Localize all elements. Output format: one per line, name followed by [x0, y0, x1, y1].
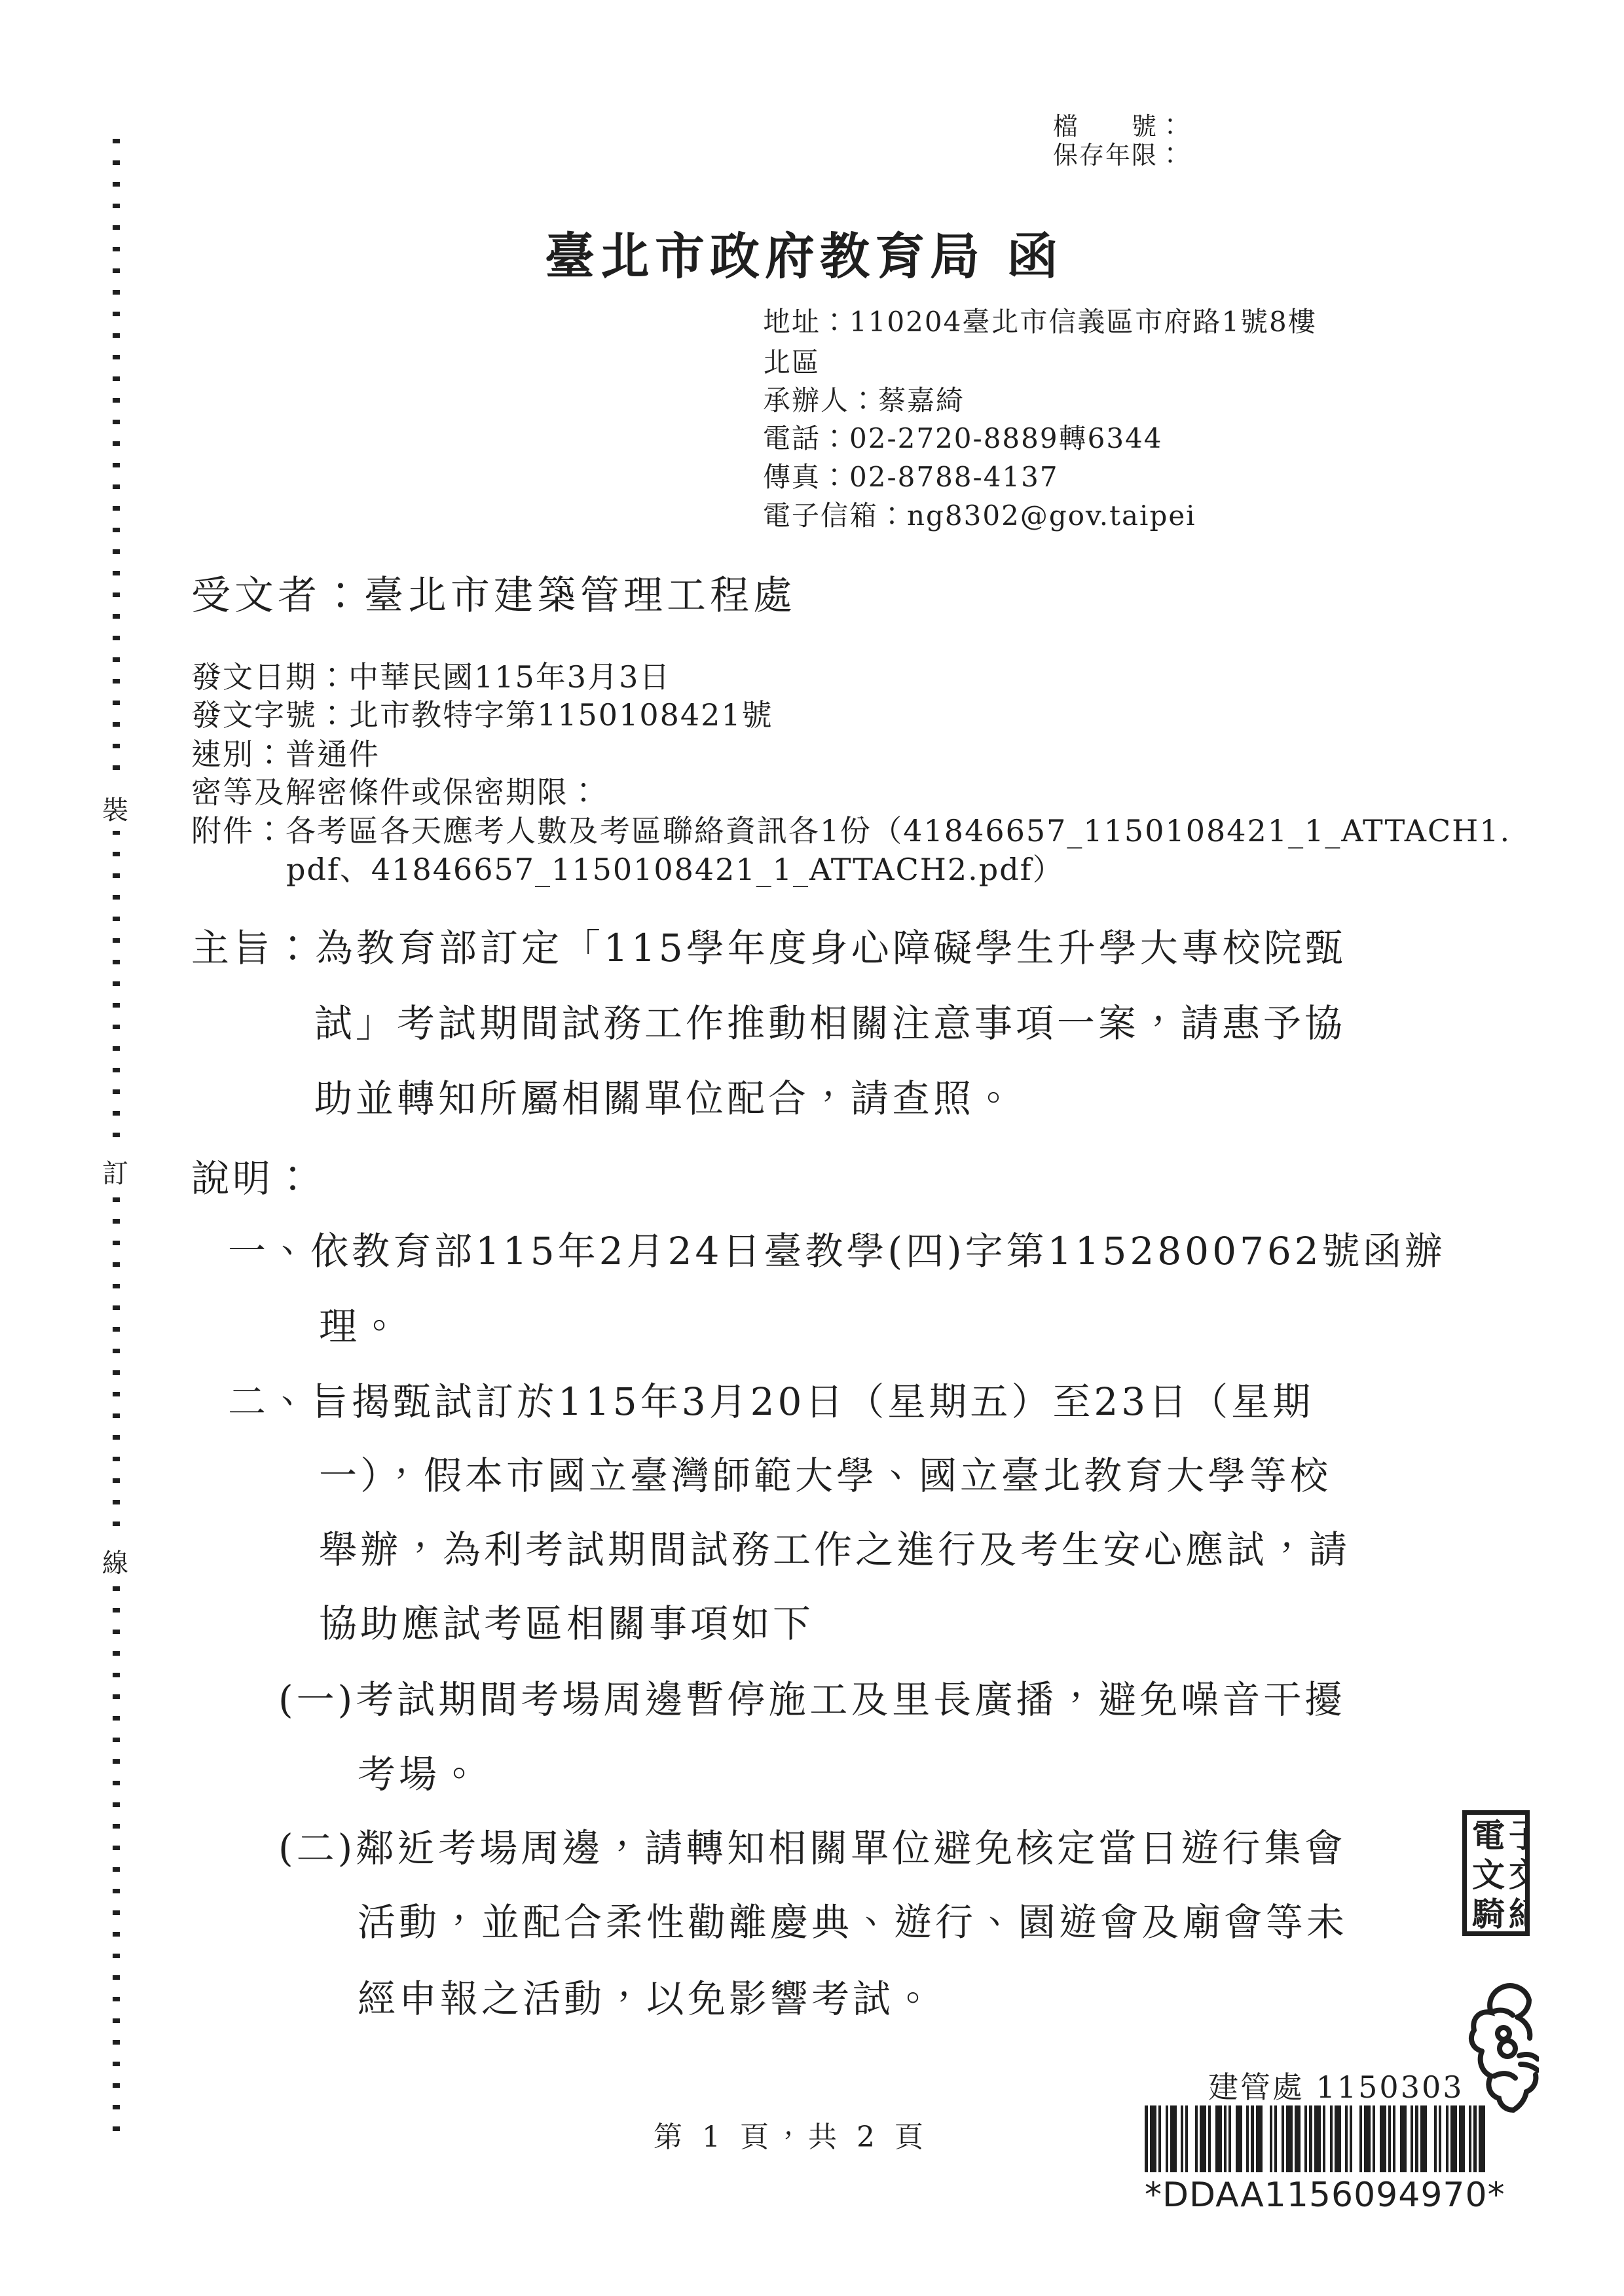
explanation-item1-line2: 理。	[319, 1305, 401, 1349]
subject-line3: 助並轉知所屬相關單位配合，請查照。	[314, 1077, 1016, 1121]
barcode-text: *DDAA1156094970*	[1145, 2176, 1488, 2215]
explanation-sub1-line1: (一)考試期間考場周邊暫停施工及里長廣播，避免噪音干擾	[278, 1678, 1346, 1722]
barcode	[1145, 2105, 1488, 2172]
explanation-sub2-line2: 活動，並配合柔性勸離慶典、遊行、園遊會及廟會等未	[358, 1901, 1348, 1944]
flower-seam-seal	[1466, 1981, 1539, 2113]
document-page: 裝 訂 線 檔 號： 保存年限： 臺北市政府教育局 函 地址：110204臺北市…	[0, 0, 1624, 2296]
meta-security: 密等及解密條件或保密期限：	[191, 775, 600, 810]
sender-email: 電子信箱：ng8302@gov.taipei	[763, 500, 1196, 532]
recipient-line: 受文者：臺北市建築管理工程處	[191, 574, 796, 619]
subject-line1: 主旨：為教育部訂定「115學年度身心障礙學生升學大專校院甄	[191, 926, 1346, 970]
explanation-label: 說明：	[191, 1157, 315, 1201]
sender-address-line2: 北區	[763, 347, 821, 378]
meta-speed: 速別：普通件	[191, 737, 380, 772]
meta-attachment-line1: 附件：各考區各天應考人數及考區聯絡資訊各1份（41846657_11501084…	[191, 814, 1511, 848]
meta-attachment-line2: pdf、41846657_1150108421_1_ATTACH2.pdf）	[286, 852, 1064, 887]
subject-line2: 試」考試期間試務工作推動相關注意事項一案，請惠予協	[314, 1002, 1346, 1046]
retention-label: 保存年限：	[1053, 141, 1184, 170]
explanation-item2-line4: 協助應試考區相關事項如下	[319, 1602, 814, 1646]
binding-mark-xian: 線	[100, 1539, 131, 1584]
sender-contact-person: 承辦人：蔡嘉綺	[763, 385, 965, 416]
explanation-sub2-line3: 經申報之活動，以免影響考試。	[358, 1977, 935, 2021]
explanation-item2-line3: 舉辦，為利考試期間試務工作之進行及考生安心應試，請	[319, 1528, 1350, 1572]
receipt-stamp-text: 建管處 1150303	[1208, 2070, 1464, 2105]
explanation-sub1-line2: 考場。	[358, 1753, 481, 1796]
seal-column-right: 子交紀	[1507, 1816, 1530, 1934]
binding-dotted-line	[113, 139, 120, 2133]
page-title: 臺北市政府教育局 函	[545, 228, 1062, 285]
page-number-footer: 第 1 頁，共 2 頁	[654, 2121, 929, 2155]
explanation-sub2-line1: (二)鄰近考場周邊，請轉知相關單位避免核定當日遊行集會	[278, 1827, 1346, 1870]
binding-mark-zhuang: 裝	[100, 786, 131, 831]
sender-fax: 傳真：02-8788-4137	[763, 462, 1059, 493]
explanation-item2-line2: 一），假本市國立臺灣師範大學、國立臺北教育大學等校	[319, 1454, 1331, 1498]
electronic-exchange-seam-seal: 電文騎 子交紀	[1462, 1810, 1530, 1936]
sender-address-line1: 地址：110204臺北市信義區市府路1號8樓	[763, 306, 1317, 338]
seal-column-left: 電文騎	[1471, 1816, 1506, 1934]
file-no-label: 檔 號：	[1053, 113, 1184, 141]
binding-mark-ding: 訂	[100, 1149, 131, 1194]
meta-doc-number: 發文字號：北市教特字第1150108421號	[191, 698, 773, 733]
explanation-item2-line1: 二、旨揭甄試訂於115年3月20日（星期五）至23日（星期	[228, 1380, 1314, 1424]
sender-phone: 電話：02-2720-8889轉6344	[763, 423, 1163, 454]
explanation-item1-line1: 一、依教育部115年2月24日臺教學(四)字第1152800762號函辦	[228, 1230, 1446, 1273]
meta-date: 發文日期：中華民國115年3月3日	[191, 660, 671, 695]
